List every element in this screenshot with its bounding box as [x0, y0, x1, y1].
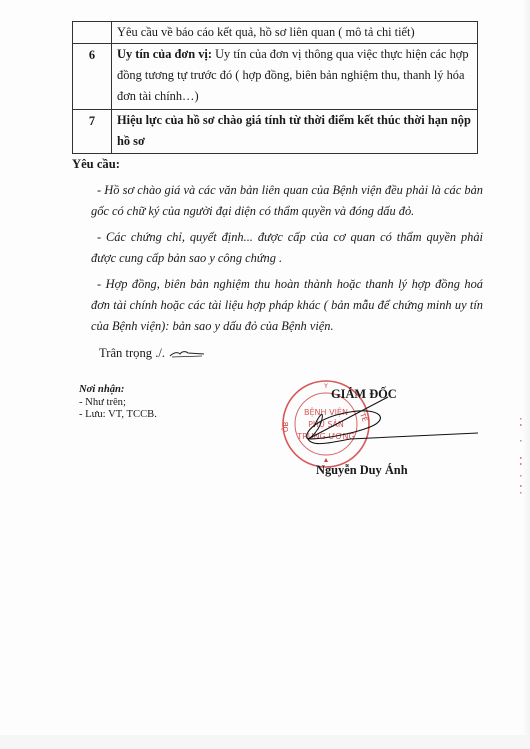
row-number: 6 — [73, 44, 112, 110]
row-content: Hiệu lực của hồ sơ chào giá tính từ thời… — [112, 110, 478, 154]
signatory-name: Nguyễn Duy Ánh — [316, 463, 408, 478]
table-row: Yêu cầu về báo cáo kết quả, hồ sơ liên q… — [73, 22, 478, 44]
document-page: Yêu cầu về báo cáo kết quả, hồ sơ liên q… — [0, 0, 530, 749]
row-number: 7 — [73, 110, 112, 154]
row-label: Hiệu lực của hồ sơ chào giá tính từ thời… — [117, 113, 471, 148]
handwritten-signature-icon — [300, 395, 480, 455]
criteria-table: Yêu cầu về báo cáo kết quả, hồ sơ liên q… — [72, 21, 478, 154]
recipient-item: - Như trên; — [79, 397, 157, 410]
recipients-title: Nơi nhận: — [79, 384, 157, 397]
scan-bottom-shadow — [0, 735, 530, 749]
recipient-item: - Lưu: VT, TCCB. — [79, 409, 157, 422]
requirements-heading: Yêu cầu: — [72, 157, 120, 172]
svg-text:Y: Y — [323, 383, 328, 390]
row-label: Uy tín của đơn vị: — [117, 47, 212, 61]
scan-edge-shadow — [522, 0, 530, 749]
row-content: Uy tín của đơn vị: Uy tín của đơn vị thô… — [112, 44, 478, 110]
requirement-text: - Các chứng chỉ, quyết định... được cấp … — [91, 227, 483, 269]
requirement-item: - Các chứng chỉ, quyết định... được cấp … — [91, 227, 483, 269]
closing-line: Trân trọng ./. — [99, 346, 206, 361]
requirement-text: - Hợp đồng, biên bản nghiệm thu hoàn thà… — [91, 274, 483, 337]
table-row: 7 Hiệu lực của hồ sơ chào giá tính từ th… — [73, 110, 478, 154]
row-number — [73, 22, 112, 44]
svg-text:ÔB: ÔB — [281, 421, 290, 432]
requirement-text: - Hồ sơ chào giá và các văn bản liên qua… — [91, 180, 483, 222]
initial-mark-icon — [168, 350, 206, 358]
row-text: Yêu cầu về báo cáo kết quả, hồ sơ liên q… — [117, 25, 415, 39]
table-row: 6 Uy tín của đơn vị: Uy tín của đơn vị t… — [73, 44, 478, 110]
recipients-block: Nơi nhận: - Như trên; - Lưu: VT, TCCB. — [79, 384, 157, 422]
row-content: Yêu cầu về báo cáo kết quả, hồ sơ liên q… — [112, 22, 478, 44]
requirement-item: - Hồ sơ chào giá và các văn bản liên qua… — [91, 180, 483, 222]
closing-text: Trân trọng ./. — [99, 346, 165, 360]
requirement-item: - Hợp đồng, biên bản nghiệm thu hoàn thà… — [91, 274, 483, 337]
